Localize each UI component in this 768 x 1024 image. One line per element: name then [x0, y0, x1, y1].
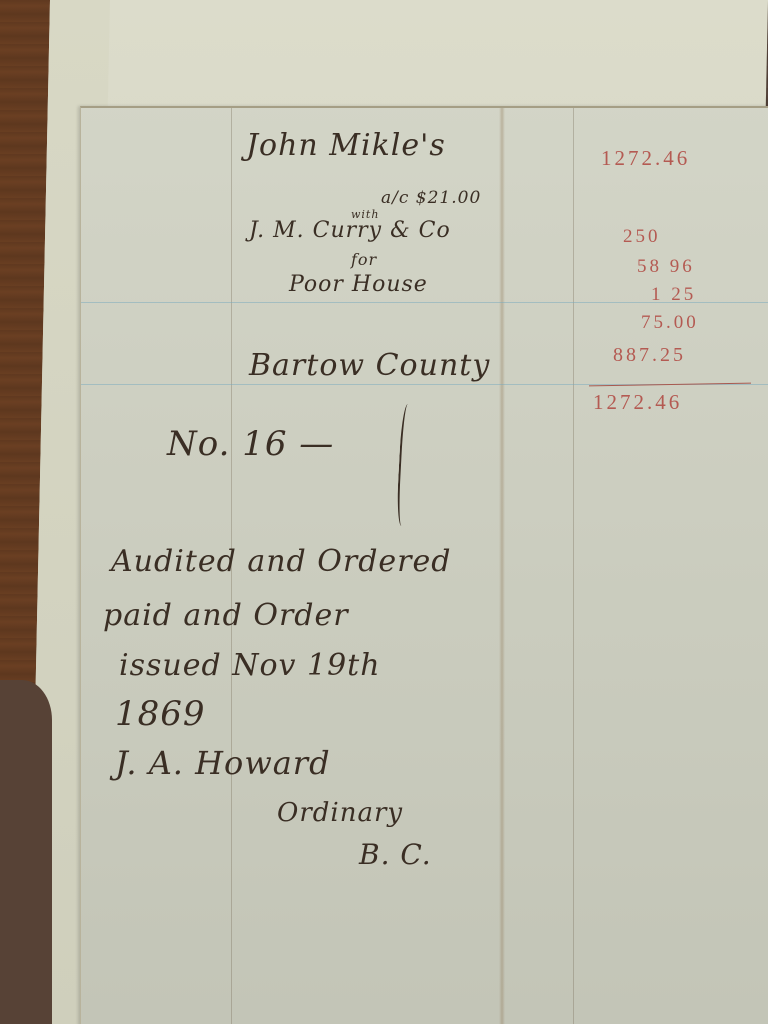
- ledger-sheet: John Mikle's a/c $21.00 with J. M. Curry…: [80, 106, 768, 1024]
- voucher-number: No. 16 —: [167, 424, 334, 464]
- top-total-amount: 1272.46: [601, 146, 690, 171]
- signature: J. A. Howard: [115, 744, 331, 782]
- amount-item: 75.00: [641, 312, 699, 334]
- poor-house-line: Poor House: [289, 272, 428, 297]
- amount-item: 1 25: [651, 284, 696, 306]
- for-line: for: [351, 250, 377, 269]
- endorsement-year: 1869: [115, 694, 206, 734]
- endorsement-line-2: paid and Order: [103, 598, 349, 633]
- sum-total-amount: 1272.46: [593, 390, 682, 415]
- amount-item: 250: [623, 226, 661, 248]
- county-initials: B. C.: [359, 838, 432, 871]
- payee-name: John Mikle's: [246, 128, 446, 163]
- brace-mark: [396, 404, 416, 526]
- county-name: Bartow County: [249, 348, 490, 383]
- signatory-title: Ordinary: [277, 798, 403, 828]
- endorsement-line-1: Audited and Ordered: [111, 544, 451, 579]
- company-line: J. M. Curry & Co: [249, 218, 451, 243]
- endorsement-line-3: issued Nov 19th: [119, 648, 381, 683]
- folder-notch: [0, 680, 52, 1024]
- amount-item: 58 96: [637, 256, 695, 278]
- paper-fold: [499, 108, 505, 1024]
- amount-column-rule: [573, 108, 574, 1024]
- amount-item: 887.25: [613, 344, 686, 367]
- account-line: a/c $21.00: [381, 188, 481, 208]
